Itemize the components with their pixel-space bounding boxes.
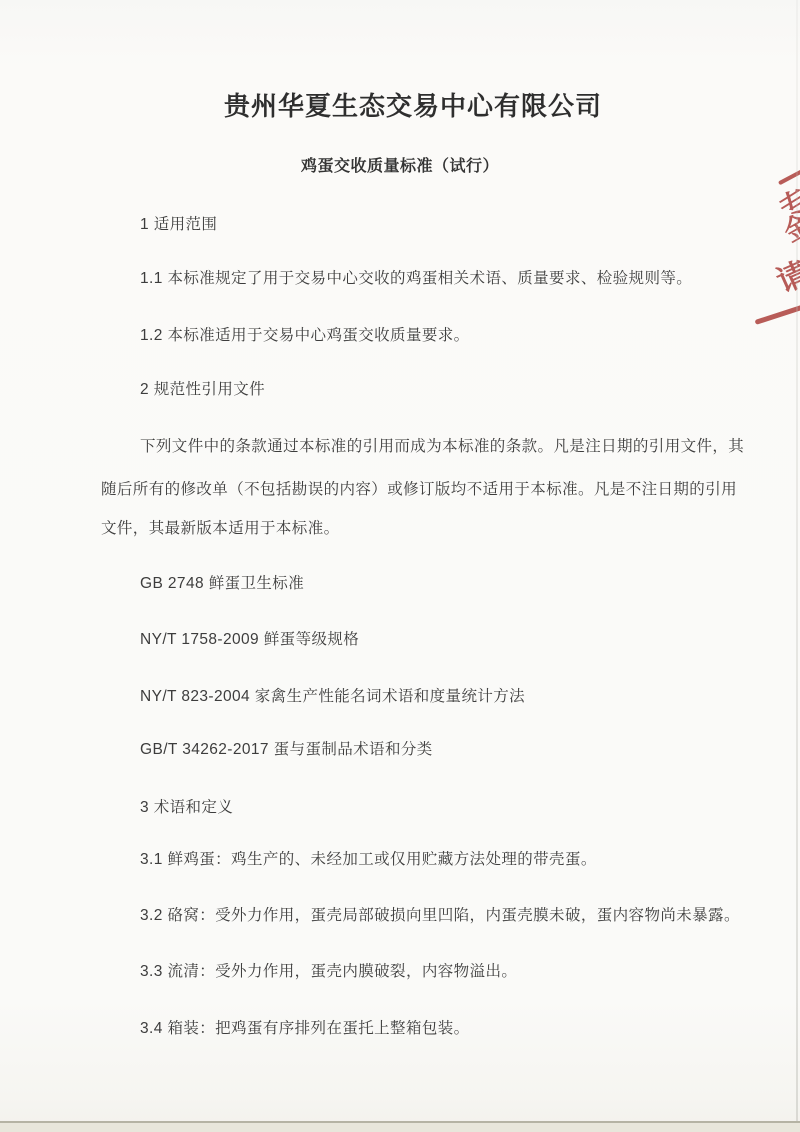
doc-line-1-1: 1.1 本标准规定了用于交易中心交收的鸡蛋相关术语、质量要求、检验规则等。 xyxy=(140,266,692,288)
document-title: 鸡蛋交收质量标准（试行） xyxy=(0,153,800,176)
paper-right-edge-shadow xyxy=(796,0,798,1132)
doc-line-1-2: 1.2 本标准适用于交易中心鸡蛋交收质量要求。 xyxy=(140,323,470,345)
doc-line-paragraph-1: 下列文件中的条款通过本标准的引用而成为本标准的条款。凡是注日期的引用文件，其 xyxy=(140,434,744,456)
doc-line-section1-heading: 1 适用范围 xyxy=(140,212,217,234)
doc-line-paragraph-3: 文件，其最新版本适用于本标准。 xyxy=(101,516,340,538)
doc-line-ref-gbt34262: GB/T 34262-2017 蛋与蛋制品术语和分类 xyxy=(140,737,433,759)
doc-line-3-3: 3.3 流清：受外力作用，蛋壳内膜破裂，内容物溢出。 xyxy=(140,959,517,981)
doc-line-ref-nyt1758: NY/T 1758-2009 鲜蛋等级规格 xyxy=(140,627,359,649)
doc-line-ref-nyt823: NY/T 823-2004 家禽生产性能名词术语和度量统计方法 xyxy=(140,684,525,706)
doc-line-paragraph-2: 随后所有的修改单（不包括勘误的内容）或修订版均不适用于本标准。凡是不注日期的引用 xyxy=(101,477,737,499)
doc-line-3-1: 3.1 鲜鸡蛋：鸡生产的、未经加工或仅用贮藏方法处理的带壳蛋。 xyxy=(140,847,597,869)
document-page: 贵州华夏生态交易中心有限公司 鸡蛋交收质量标准（试行） 1 适用范围 1.1 本… xyxy=(0,0,800,1132)
doc-line-3-2: 3.2 硌窝：受外力作用，蛋壳局部破损向里凹陷，内蛋壳膜未破，蛋内容物尚未暴露。 xyxy=(140,903,740,925)
doc-line-ref-gb2748: GB 2748 鲜蛋卫生标准 xyxy=(140,571,304,593)
red-ink-stroke xyxy=(755,304,800,325)
company-title: 贵州华夏生态交易中心有限公司 xyxy=(0,86,800,123)
doc-line-3-4: 3.4 箱装：把鸡蛋有序排列在蛋托上整箱包装。 xyxy=(140,1016,470,1038)
doc-line-section2-heading: 2 规范性引用文件 xyxy=(140,377,265,399)
page-bottom-edge-band xyxy=(0,1123,800,1132)
doc-line-section3-heading: 3 术语和定义 xyxy=(140,795,233,817)
